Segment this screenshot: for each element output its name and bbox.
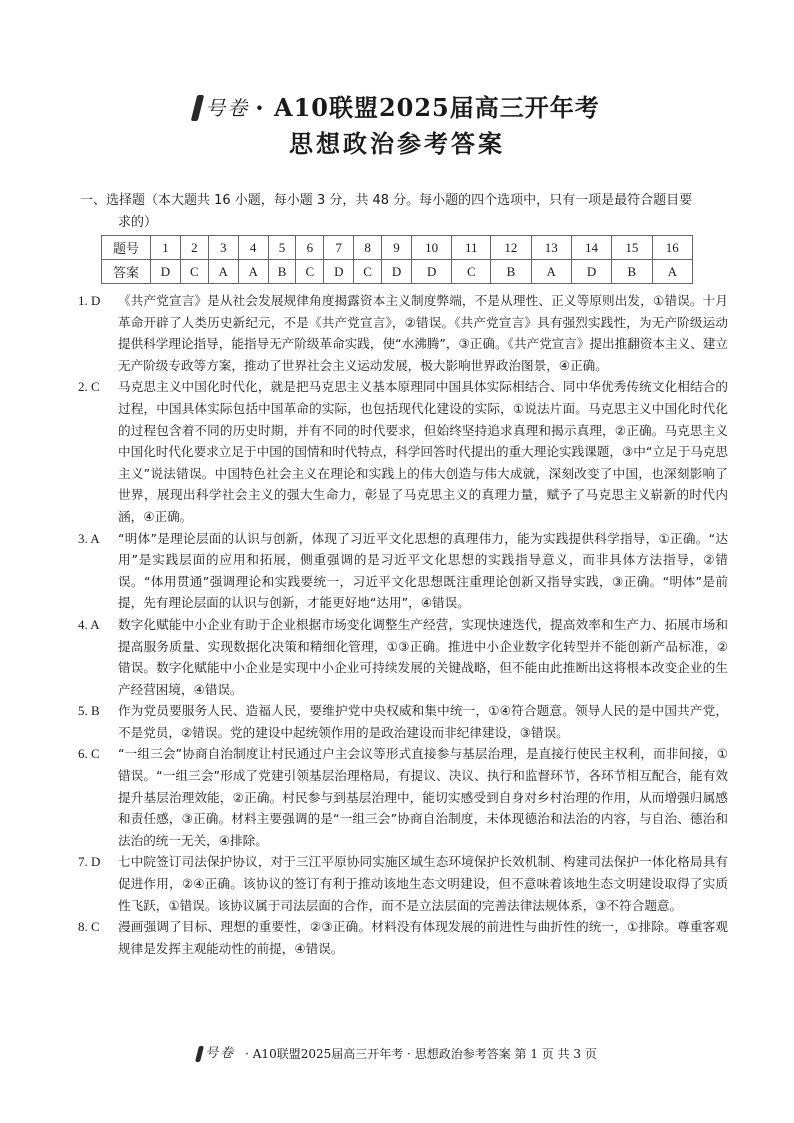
explanation-item: 4. A 数字化赋能中小企业有助于企业根据市场变化调整生产经营，实现快速迭代，提… (78, 614, 728, 700)
item-number-answer: 1. D (78, 290, 116, 312)
item-explanation: 《共产党宣言》是从社会发展规律角度揭露资本主义制度弊端，不是从理性、正义等原则出… (118, 293, 728, 373)
explanation-item: 8. C 漫画强调了目标、理想的重要性，②③正确。材料没有体现发展的前进性与曲折… (78, 916, 728, 959)
question-number-row: 题号 1 2 3 4 5 6 7 8 9 10 11 12 13 14 15 1… (102, 236, 693, 260)
document-subtitle: 思想政治参考答案 (0, 127, 794, 161)
answer-cell: B (491, 260, 531, 284)
explanation-item: 2. C 马克思主义中国化时代化，就是把马克思主义基本原理同中国具体实际相结合、… (78, 376, 728, 527)
item-explanation: “明体”是理论层面的认识与创新，体现了习近平文化思想的真理伟力，能为实践提供科学… (118, 531, 728, 611)
answer-cell: D (151, 260, 181, 284)
answer-cell: C (452, 260, 491, 284)
answer-cell: A (208, 260, 238, 284)
question-number-cell: 16 (652, 236, 692, 260)
page-footer: 号卷 · A10联盟2025届高三开年考 · 思想政治参考答案 第 1 页 共 … (0, 1045, 794, 1063)
section-heading-line1: 一、选择题（本大题共 16 小题，每小题 3 分，共 48 分。每小题的四个选项… (80, 193, 692, 208)
answer-row: 答案 D C A A B C D C D D C B A D B A (102, 260, 693, 284)
answer-cell: A (652, 260, 692, 284)
question-number-cell: 3 (208, 236, 238, 260)
answer-key-table: 题号 1 2 3 4 5 6 7 8 9 10 11 12 13 14 15 1… (101, 235, 693, 284)
item-number-answer: 4. A (78, 614, 116, 636)
brush-stroke-icon (191, 95, 204, 121)
section-heading-line2: 求的） (80, 212, 730, 234)
item-explanation: 漫画强调了目标、理想的重要性，②③正确。材料没有体现发展的前进性与曲折性的统一，… (118, 919, 728, 956)
explanation-item: 1. D 《共产党宣言》是从社会发展规律角度揭露资本主义制度弊端，不是从理性、正… (78, 290, 728, 376)
answer-cell: D (324, 260, 354, 284)
question-number-cell: 11 (452, 236, 491, 260)
question-number-cell: 14 (571, 236, 611, 260)
footer-text: · A10联盟2025届高三开年考 · 思想政治参考答案 第 1 页 共 3 页 (245, 1045, 597, 1063)
item-number-answer: 6. C (78, 743, 116, 765)
answer-cell: D (411, 260, 451, 284)
answer-cell: C (180, 260, 208, 284)
question-number-cell: 6 (296, 236, 324, 260)
explanation-list: 1. D 《共产党宣言》是从社会发展规律角度揭露资本主义制度弊端，不是从理性、正… (78, 290, 728, 959)
question-number-cell: 10 (411, 236, 451, 260)
answer-cell: A (531, 260, 571, 284)
answer-cell: B (268, 260, 296, 284)
explanation-item: 3. A “明体”是理论层面的认识与创新，体现了习近平文化思想的真理伟力，能为实… (78, 528, 728, 614)
logo-text: 号卷 (205, 92, 249, 124)
question-number-cell: 5 (268, 236, 296, 260)
answer-cell: D (382, 260, 412, 284)
item-explanation: 数字化赋能中小企业有助于企业根据市场变化调整生产经营，实现快速迭代，提高效率和生… (118, 617, 728, 697)
answer-cell: A (238, 260, 268, 284)
item-number-answer: 7. D (78, 851, 116, 873)
answer-cell: C (296, 260, 324, 284)
section-heading: 一、选择题（本大题共 16 小题，每小题 3 分，共 48 分。每小题的四个选项… (80, 190, 730, 234)
explanation-item: 7. D 七中院签订司法保护协议，对于三江平原协同实施区域生态环境保护长效机制、… (78, 851, 728, 916)
explanation-item: 6. C “一组三会”协商自治制度让村民通过户主会议等形式直接参与基层治理，是直… (78, 743, 728, 851)
question-number-cell: 9 (382, 236, 412, 260)
item-number-answer: 2. C (78, 376, 116, 398)
brand-logo: 号卷 (194, 92, 249, 124)
answer-cell: D (571, 260, 611, 284)
question-number-cell: 2 (180, 236, 208, 260)
question-number-cell: 12 (491, 236, 531, 260)
explanation-item: 5. B 作为党员要服务人民、造福人民，要维护党中央权威和集中统一，①④符合题意… (78, 700, 728, 743)
brush-stroke-icon (195, 1046, 204, 1062)
item-number-answer: 8. C (78, 916, 116, 938)
exam-title-text: · A10联盟2025届高三开年考 (255, 92, 600, 124)
item-explanation: “一组三会”协商自治制度让村民通过户主会议等形式直接参与基层治理，是直接行使民主… (118, 746, 728, 847)
document-header: 号卷 · A10联盟2025届高三开年考 思想政治参考答案 (0, 92, 794, 161)
item-explanation: 马克思主义中国化时代化，就是把马克思主义基本原理同中国具体实际相结合、同中华优秀… (118, 379, 728, 524)
answer-cell: B (612, 260, 652, 284)
question-number-cell: 7 (324, 236, 354, 260)
item-explanation: 作为党员要服务人民、造福人民，要维护党中央权威和集中统一，①④符合题意。领导人民… (118, 703, 728, 740)
row-label-question-number: 题号 (102, 236, 151, 260)
question-number-cell: 13 (531, 236, 571, 260)
row-label-answer: 答案 (102, 260, 151, 284)
question-number-cell: 8 (354, 236, 382, 260)
question-number-cell: 4 (238, 236, 268, 260)
item-explanation: 七中院签订司法保护协议，对于三江平原协同实施区域生态环境保护长效机制、构建司法保… (118, 854, 728, 912)
question-number-cell: 15 (612, 236, 652, 260)
item-number-answer: 3. A (78, 528, 116, 550)
exam-title: 号卷 · A10联盟2025届高三开年考 (194, 92, 600, 124)
item-number-answer: 5. B (78, 700, 116, 722)
answer-cell: C (354, 260, 382, 284)
footer-logo-text: 号卷 (205, 1045, 235, 1063)
question-number-cell: 1 (151, 236, 181, 260)
footer-logo: 号卷 (197, 1045, 239, 1063)
